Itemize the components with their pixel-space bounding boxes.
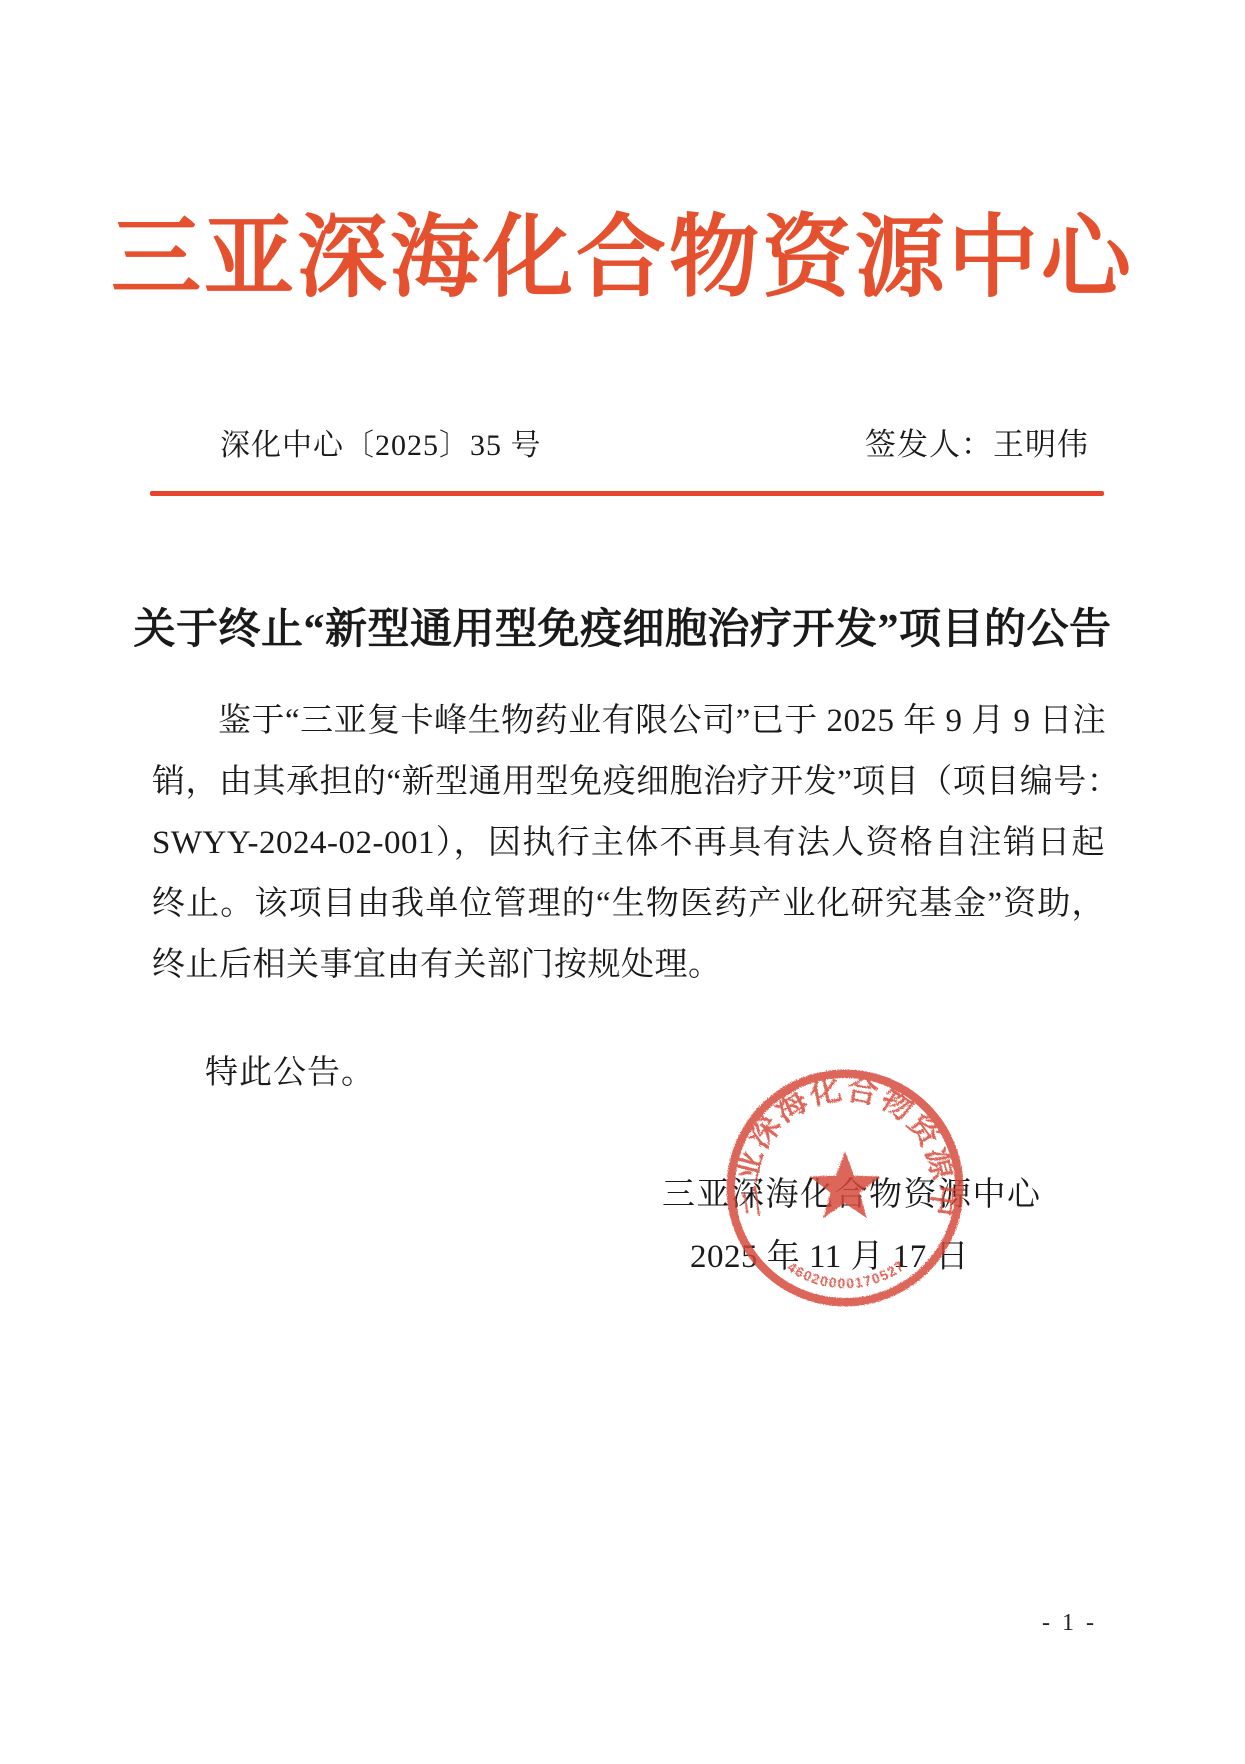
seal-star-icon xyxy=(810,1151,881,1218)
issuer-line: 签发人：王明伟 xyxy=(865,419,1089,464)
closing-line: 特此公告。 xyxy=(205,1046,375,1093)
body-line: 销，由其承担的“新型通用型免疫细胞治疗开发”项目（项目编号： xyxy=(152,752,1105,813)
body-line: 终止后相关事宜由有关部门按规处理。 xyxy=(152,935,1105,996)
seal-serial-number: 46020000170527 xyxy=(785,1257,908,1291)
red-divider-line xyxy=(150,491,1104,496)
body-line: SWYY-2024-02-001），因执行主体不再具有法人资格自注销日起 xyxy=(152,813,1105,874)
page-number: - 1 - xyxy=(1042,1610,1097,1637)
document-page: { "page": { "background_color": "#ffffff… xyxy=(0,0,1245,1764)
official-seal: 三亚深海化合物资源中心 46020000170527 xyxy=(715,1058,975,1318)
notice-title: 关于终止“新型通用型免疫细胞治疗开发”项目的公告 xyxy=(0,596,1245,656)
seal-serial-group: 46020000170527 xyxy=(785,1257,908,1291)
body-line: 鉴于“三亚复卡峰生物药业有限公司”已于 2025 年 9 月 9 日注 xyxy=(152,691,1105,752)
doc-number: 深化中心〔2025〕35 号 xyxy=(220,420,542,464)
org-title: 三亚深海化合物资源中心 xyxy=(0,214,1245,304)
body-line: 终止。该项目由我单位管理的“生物医药产业化研究基金”资助， xyxy=(152,874,1105,935)
notice-body: 鉴于“三亚复卡峰生物药业有限公司”已于 2025 年 9 月 9 日注 销，由其… xyxy=(152,691,1105,996)
